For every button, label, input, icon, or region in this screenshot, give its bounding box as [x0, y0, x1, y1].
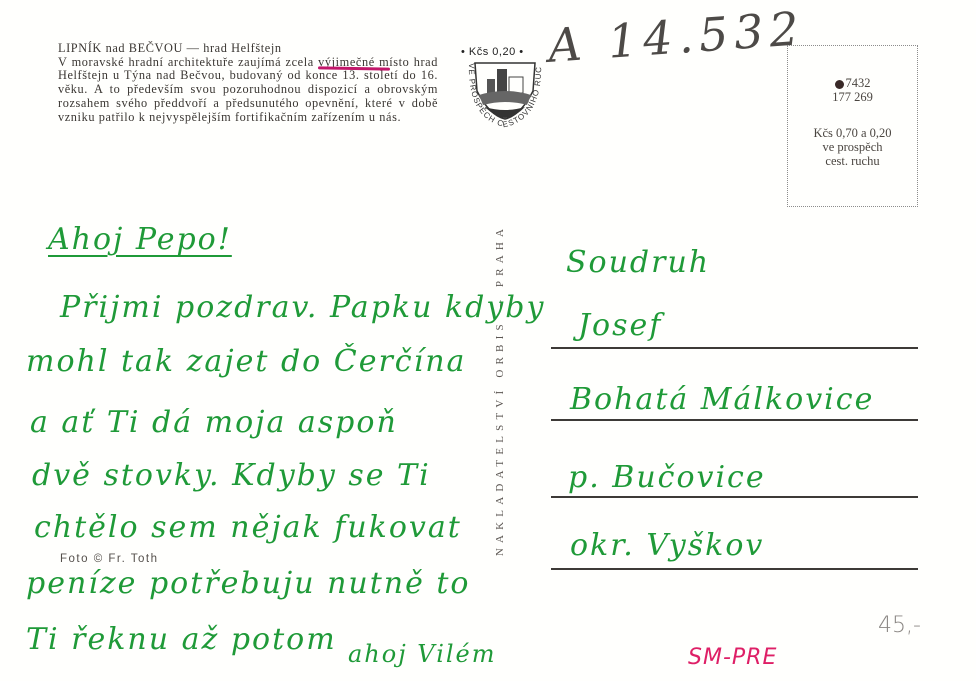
- address-rule: [551, 347, 918, 349]
- publisher-imprint: NAKLADATELSTVÍ ORBIS — PRAHA: [490, 200, 510, 580]
- message-line: dvě stovky. Kdyby se Ti: [32, 458, 431, 493]
- message-line: mohl tak zajet do Čerčína: [26, 344, 466, 379]
- stamp-line2: ve prospěch: [788, 140, 917, 154]
- dot-icon: [835, 80, 844, 89]
- stamp-price: Kčs 0,70 a 0,20: [788, 126, 917, 140]
- caption-title: LIPNÍK nad BEČVOU — hrad Helfštejn: [58, 42, 438, 56]
- message-line: chtělo sem nějak fukovat: [34, 510, 462, 545]
- address-rule: [551, 496, 918, 498]
- message-line: peníze potřebuju nutně to: [26, 566, 471, 601]
- message-line: a ať Ti dá moja aspoň: [30, 405, 398, 440]
- castle-icon: VE PROSPĚCH CESTOVNÍHO RUCHU: [461, 43, 549, 128]
- printed-stamp-box: 7432 177 269 Kčs 0,70 a 0,20 ve prospěch…: [787, 45, 918, 207]
- printed-stamp-small: • Kčs 0,20 • VE PROSPĚCH CESTOVNÍHO RUCH…: [461, 43, 549, 128]
- message-greeting: Ahoj Pepo!: [48, 222, 232, 257]
- stamp-numbers: 177 269: [788, 90, 917, 104]
- caption-body: V moravské hradní architektuře zaujímá z…: [58, 56, 438, 125]
- message-line: Ti řeknu až potom: [26, 622, 337, 657]
- address-rule: [551, 568, 918, 570]
- stamp-line3: cest. ruchu: [788, 154, 917, 168]
- postcard-back: LIPNÍK nad BEČVOU — hrad Helfštejn V mor…: [0, 0, 976, 681]
- stamp-code: 7432: [788, 76, 917, 90]
- address-line: p. Bučovice: [568, 460, 766, 495]
- address-line: Josef: [578, 308, 662, 343]
- message-signature: ahoj Vilém: [348, 640, 497, 668]
- pencil-price: 45,-: [878, 613, 921, 638]
- address-rule: [551, 419, 918, 421]
- address-line: Soudruh: [566, 245, 710, 280]
- pink-marker-code: SM-PRE: [688, 645, 777, 670]
- address-line: Bohatá Málkovice: [570, 382, 874, 417]
- address-line: okr. Vyškov: [570, 528, 764, 563]
- handwritten-catalog-number: A 14.532: [546, 1, 806, 73]
- photo-credit: Foto © Fr. Toth: [60, 553, 159, 565]
- printed-caption: LIPNÍK nad BEČVOU — hrad Helfštejn V mor…: [58, 42, 438, 124]
- message-line: Přijmi pozdrav. Papku kdyby: [60, 290, 545, 325]
